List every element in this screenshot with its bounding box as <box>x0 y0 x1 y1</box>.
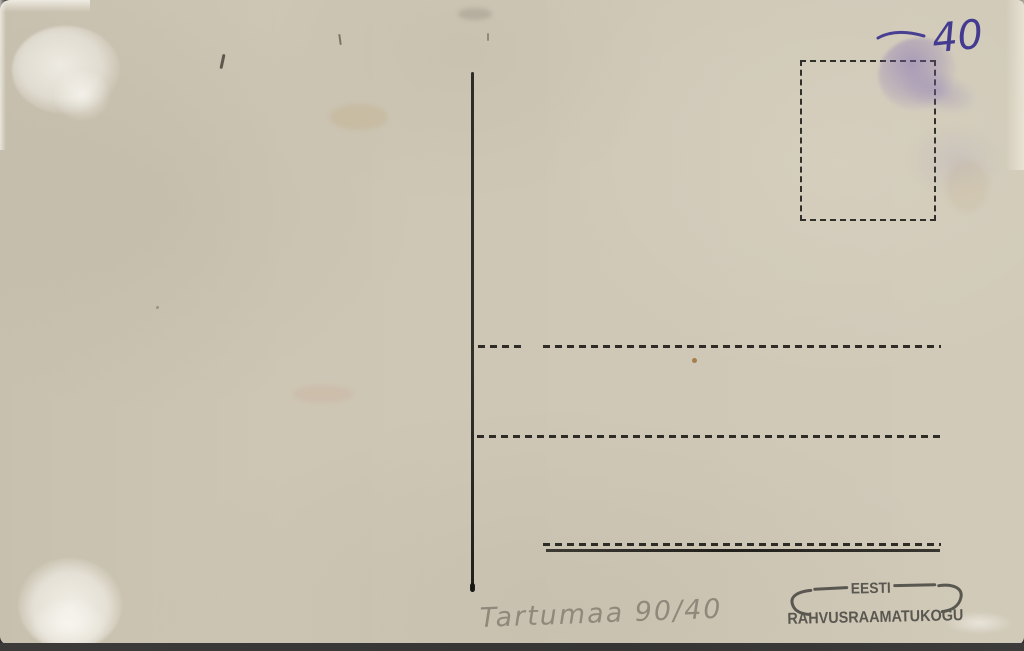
paper-stain <box>292 385 354 403</box>
handwritten-number-text: 40 <box>930 11 985 62</box>
paper-stain <box>330 104 388 130</box>
library-stamp-line1: EESTI <box>851 580 891 598</box>
library-stamp-rule-right <box>895 585 935 586</box>
address-line-3-underline <box>546 549 940 552</box>
abrasion-patch-top-left-core <box>52 68 112 122</box>
edge-highlight-left <box>0 0 6 150</box>
message-address-divider-line <box>471 72 474 592</box>
library-stamp-line2: RAHVUSRAAMATUKOGU <box>787 607 963 628</box>
scanned-postcard-back: 40 EESTI RAHVUSRAAMATUKOGU Tartumaa 90/4… <box>0 0 1024 651</box>
address-line-2 <box>477 435 943 438</box>
scanner-background-strip <box>0 643 1024 651</box>
ink-dash-stroke <box>878 33 924 39</box>
address-line-1-segment-a <box>478 345 523 348</box>
ink-speck <box>338 34 342 45</box>
address-line-1-segment-b <box>543 345 941 348</box>
postcard-paper: 40 EESTI RAHVUSRAAMATUKOGU Tartumaa 90/4… <box>0 0 1024 645</box>
paper-stain <box>458 8 492 20</box>
library-stamp-rule-left <box>815 588 847 590</box>
foxing-spot <box>692 358 697 363</box>
ink-speck <box>487 33 489 41</box>
ink-smudge-wash <box>908 125 1003 195</box>
foxing-spot <box>156 306 159 309</box>
handwritten-number: 40 <box>872 4 1018 64</box>
address-line-3 <box>543 543 941 546</box>
pencil-inventory-note: Tartumaa 90/40 <box>479 593 740 645</box>
edge-highlight-top-left <box>0 0 90 12</box>
ink-speck <box>219 54 225 69</box>
library-stamp: EESTI RAHVUSRAAMATUKOGU <box>782 570 971 628</box>
